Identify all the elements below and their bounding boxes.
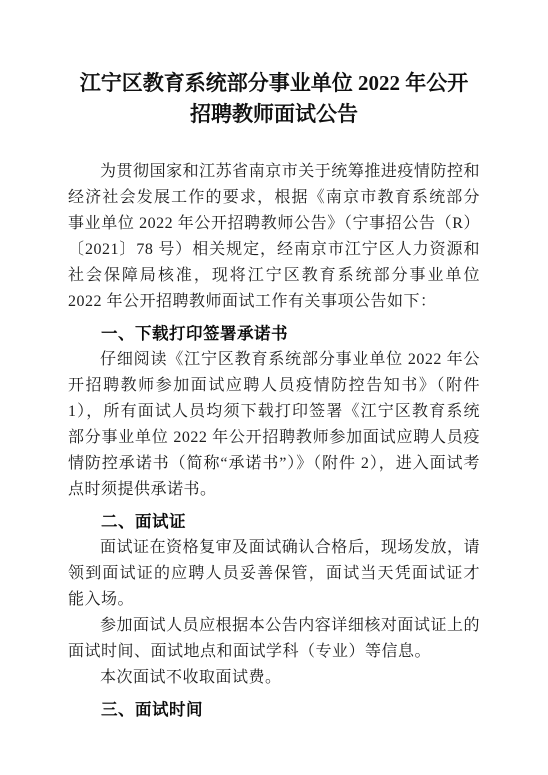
section-2-paragraph-3: 本次面试不收取面试费。 xyxy=(68,665,480,691)
section-heading-interview-time: 三、面试时间 xyxy=(68,697,480,723)
section-heading-interview-card: 二、面试证 xyxy=(68,509,480,535)
document-title-line-2: 招聘教师面试公告 xyxy=(68,99,480,130)
section-1-paragraph-1: 仔细阅读《江宁区教育系统部分事业单位 2022 年公开招聘教师参加面试应聘人员疫… xyxy=(68,347,480,503)
section-2-paragraph-2: 参加面试人员应根据本公告内容详细核对面试证上的面试时间、面试地点和面试学科（专业… xyxy=(68,613,480,665)
document-title-line-1: 江宁区教育系统部分事业单位 2022 年公开 xyxy=(68,68,480,99)
document-title: 江宁区教育系统部分事业单位 2022 年公开 招聘教师面试公告 xyxy=(68,68,480,130)
document-page: 江宁区教育系统部分事业单位 2022 年公开 招聘教师面试公告 为贯彻国家和江苏… xyxy=(0,0,548,775)
section-heading-download-commitment: 一、下载打印签署承诺书 xyxy=(68,321,480,347)
section-2-paragraph-1: 面试证在资格复审及面试确认合格后，现场发放，请领到面试证的应聘人员妥善保管，面试… xyxy=(68,535,480,613)
intro-paragraph: 为贯彻国家和江苏省南京市关于统筹推进疫情防控和经济社会发展工作的要求，根据《南京… xyxy=(68,159,480,315)
